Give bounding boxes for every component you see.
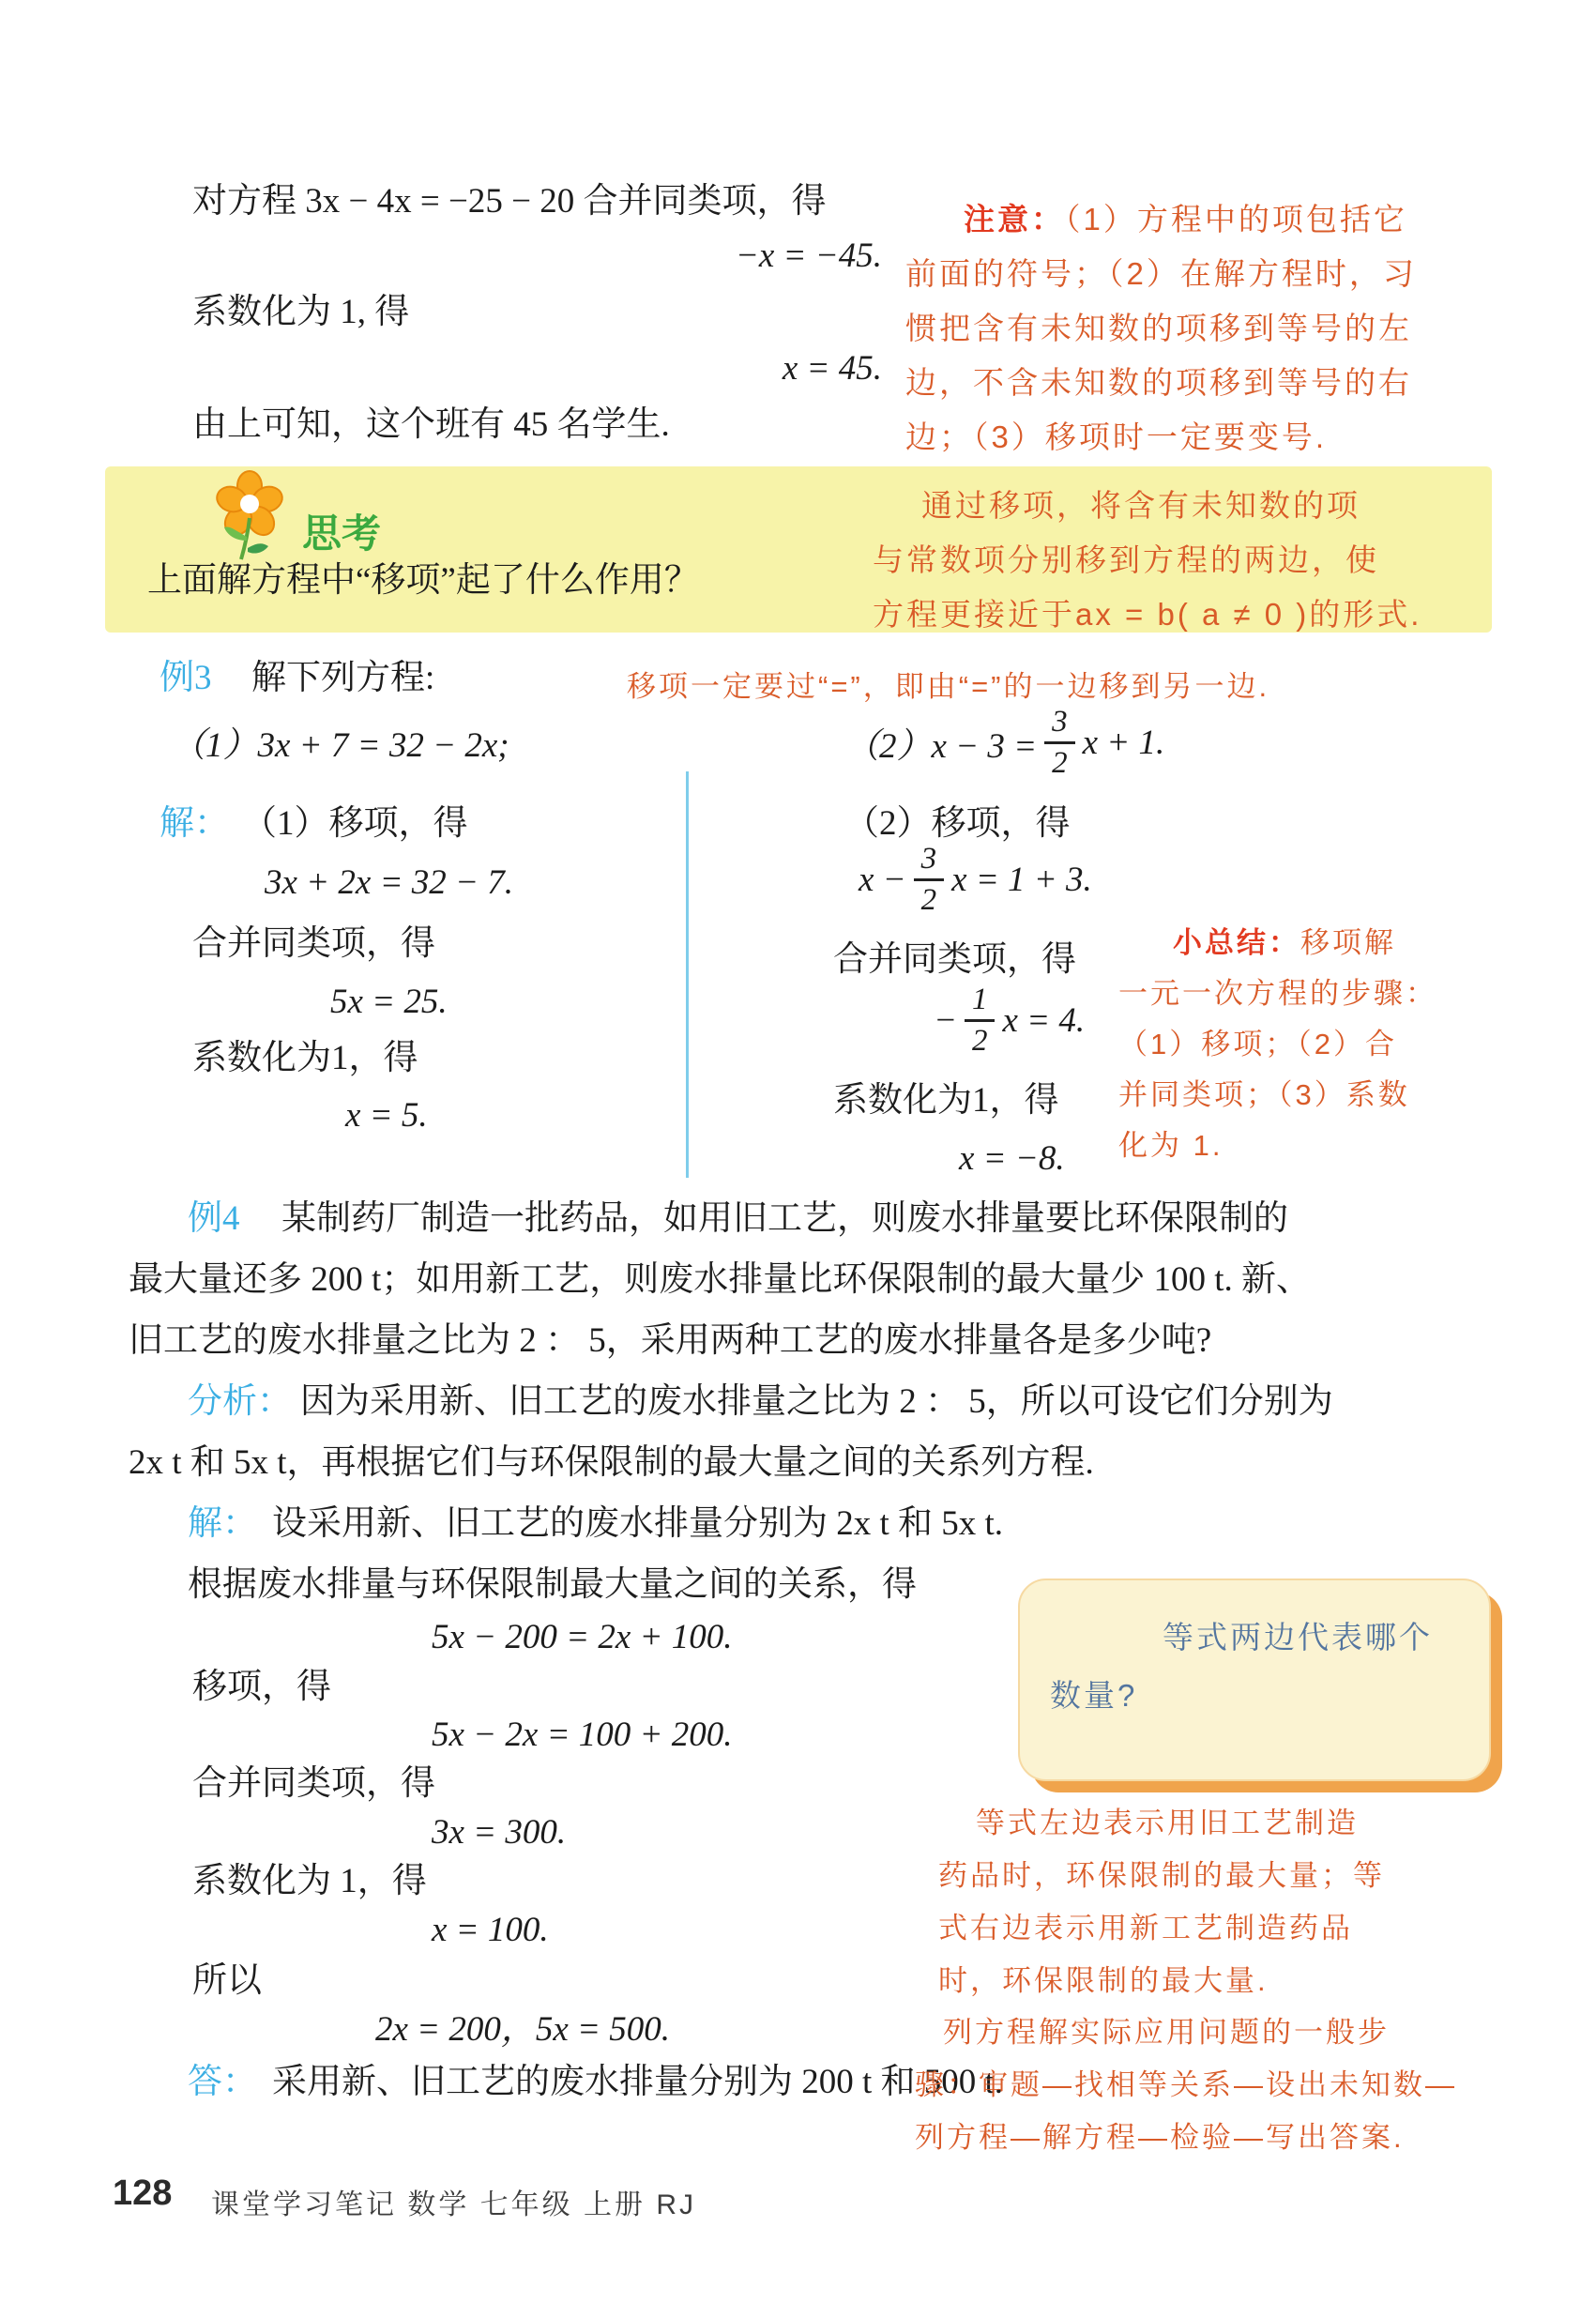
fraction-three-halves: 32 [1044,706,1075,779]
margin-note-equation-meaning: 等式左边表示用旧工艺制造 药品时，环保限制的最大量；等 式右边表示用新工艺制造药… [938,1797,1512,2007]
margin-note-attention-line4: 边，不含未知数的项移到等号的右 [905,356,1492,410]
example3-left-eq3: x = 5. [345,1094,428,1137]
example4-eq3: 3x = 300. [432,1811,566,1854]
example4-eq2: 5x − 2x = 100 + 200. [432,1714,733,1757]
margin-note-equation-meaning-line2: 药品时，环保限制的最大量；等 [938,1850,1512,1902]
example4-eq4: x = 100. [432,1909,549,1952]
example4-solution-label: 解： [188,1502,257,1546]
example3-right-step3: 系数化为1，得 [833,1079,1059,1122]
example4-solution-line2: 根据废水排量与环保限制最大量之间的关系，得 [188,1563,917,1607]
example3-right-eq1-pre: x − [859,860,906,900]
margin-note-attention-heading: 注意： [964,202,1065,236]
margin-note-equation-meaning-line4: 时，环保限制的最大量. [938,1955,1512,2007]
example3-equation-b: （2）x − 3 = 32 x + 1. [844,706,1164,779]
think-box-note-line3: 方程更接近于ax = b( a ≠ 0 )的形式. [873,587,1492,642]
think-box-title: 思考 [302,503,381,559]
margin-note-attention-line1: （1）方程中的项包括它 [1065,202,1407,236]
example4-step2: 合并同类项，得 [192,1762,435,1806]
page-number: 128 [113,2173,172,2214]
example4-solution-intro: 设采用新、旧工艺的废水排量分别为 2x t 和 5x t. [272,1502,1003,1546]
example4-analysis-line1: 因为采用新、旧工艺的废水排量之比为 2 ： 5，所以可设它们分别为 [300,1380,1333,1424]
margin-note-summary-line3: （1）移项；（2）合 [1118,1019,1494,1070]
example3-left-eq1: 3x + 2x = 32 − 7. [265,862,513,905]
intro-line-2: 系数化为 1, 得 [192,291,409,334]
margin-note-equation-meaning-line1: 等式左边表示用旧工艺制造 [938,1797,1512,1850]
example3-right-step2: 合并同类项，得 [833,938,1076,982]
example4-step4: 所以 [192,1960,262,2003]
margin-note-summary-heading: 小总结： [1173,926,1300,959]
example3-left-step3: 系数化为1，得 [192,1037,418,1080]
textbook-page: 对方程 3x − 4x = −25 − 20 合并同类项，得 −x = −45.… [0,0,1596,2303]
column-divider-line [686,771,689,1178]
example3-right-eq2-post: x = 4. [1002,1000,1085,1041]
example3-equation-b-pre: （2）x − 3 = [844,717,1037,768]
intro-line-1: 对方程 3x − 4x = −25 − 20 合并同类项，得 [192,180,826,223]
margin-note-general-steps: 列方程解实际应用问题的一般步 骤：审题—找相等关系—设出未知数— 列方程—解方程… [915,2006,1515,2164]
example4-eq5: 2x = 200，5x = 500. [375,2008,670,2051]
think-box-note-line1: 通过移项，将含有未知数的项 [873,479,1492,533]
example4-analysis-line2: 2x t 和 5x t，再根据它们与环保限制的最大量之间的关系列方程. [129,1441,1094,1485]
example3-right-eq1: x − 32 x = 1 + 3. [859,843,1092,916]
fraction-three-halves: 32 [914,843,945,916]
example4-step1: 移项，得 [192,1666,331,1709]
margin-note-general-steps-line2: 骤：审题—找相等关系—设出未知数— [915,2059,1515,2112]
example4-answer: 采用新、旧工艺的废水排量分别为 200 t 和 500 t. [272,2061,1003,2104]
think-box-note-line2: 与常数项分别移到方程的两边，使 [873,533,1492,587]
margin-note-summary-line1: 移项解 [1300,926,1396,959]
example3-right-eq1-post: x = 1 + 3. [951,860,1092,900]
footer-caption: 课堂学习笔记 数学 七年级 上册 RJ [211,2181,696,2222]
example3-right-eq3: x = −8. [959,1137,1065,1181]
example3-equation-a: （1）3x + 7 = 32 − 2x; [171,724,509,768]
margin-note-attention: 注意：（1）方程中的项包括它 前面的符号；（2）在解方程时，习 惯把含有未知数的… [905,192,1492,465]
example4-answer-label: 答： [188,2061,257,2104]
flower-icon [205,469,295,565]
fraction-one-half: 12 [965,984,996,1057]
intro-equation-1: −x = −45. [525,235,882,278]
example3-right-eq2-pre: − [934,1000,957,1041]
margin-note-equation-meaning-line3: 式右边表示用新工艺制造药品 [938,1902,1512,1955]
think-box-question: 上面解方程中“移项”起了什么作用？ [147,559,699,602]
margin-note-summary-line4: 并同类项；（3）系数 [1118,1070,1494,1121]
example3-right-eq2: − 12 x = 4. [934,984,1085,1057]
example3-left-step1: （1）移项，得 [242,802,468,846]
intro-equation-2: x = 45. [525,347,882,390]
sticky-note-line2: 数量? [1050,1667,1461,1725]
think-box-note: 通过移项，将含有未知数的项 与常数项分别移到方程的两边，使 方程更接近于ax =… [873,479,1492,642]
sticky-note-line1: 等式两边代表哪个 [1050,1609,1461,1667]
intro-line-3: 由上可知，这个班有 45 名学生. [192,404,670,447]
example4-problem-line3: 旧工艺的废水排量之比为 2 ： 5，采用两种工艺的废水排量各是多少吨? [129,1319,1211,1363]
margin-note-summary-line2: 一元一次方程的步骤： [1118,968,1494,1019]
margin-note-general-steps-line1: 列方程解实际应用问题的一般步 [915,2006,1515,2059]
example3-left-step2: 合并同类项，得 [192,923,435,966]
example3-label: 例3 [160,657,212,700]
margin-note-attention-line3: 惯把含有未知数的项移到等号的左 [905,301,1492,356]
example4-problem-line1: 某制药厂制造一批药品，如用旧工艺，则废水排量要比环保限制的 [281,1197,1288,1241]
margin-note-summary: 小总结：移项解 一元一次方程的步骤： （1）移项；（2）合 并同类项；（3）系数… [1118,918,1494,1171]
example4-problem-line2: 最大量还多 200 t；如用新工艺，则废水排量比环保限制的最大量少 100 t.… [129,1258,1311,1302]
example3-equation-b-post: x + 1. [1083,723,1165,763]
example3-title: 解下列方程: [251,657,434,700]
margin-note-attention-line5: 边；（3）移项时一定要变号. [905,410,1492,465]
example4-analysis-label: 分析： [188,1380,292,1424]
example3-left-eq2: 5x = 25. [330,981,448,1024]
margin-note-general-steps-line3: 列方程—解方程—检验—写出答案. [915,2112,1515,2164]
sticky-note: 等式两边代表哪个 数量? [1018,1579,1491,1781]
margin-note-attention-line2: 前面的符号；（2）在解方程时，习 [905,247,1492,301]
example4-step3: 系数化为 1，得 [192,1860,427,1903]
example3-margin-note: 移项一定要过“=”，即由“=”的一边移到另一边. [627,663,1269,705]
example4-label: 例4 [188,1197,240,1241]
example3-right-step1: （2）移项，得 [844,802,1071,846]
example4-eq1: 5x − 200 = 2x + 100. [432,1616,733,1659]
margin-note-summary-line5: 化为 1. [1118,1121,1494,1171]
example3-solution-label: 解： [160,802,229,846]
